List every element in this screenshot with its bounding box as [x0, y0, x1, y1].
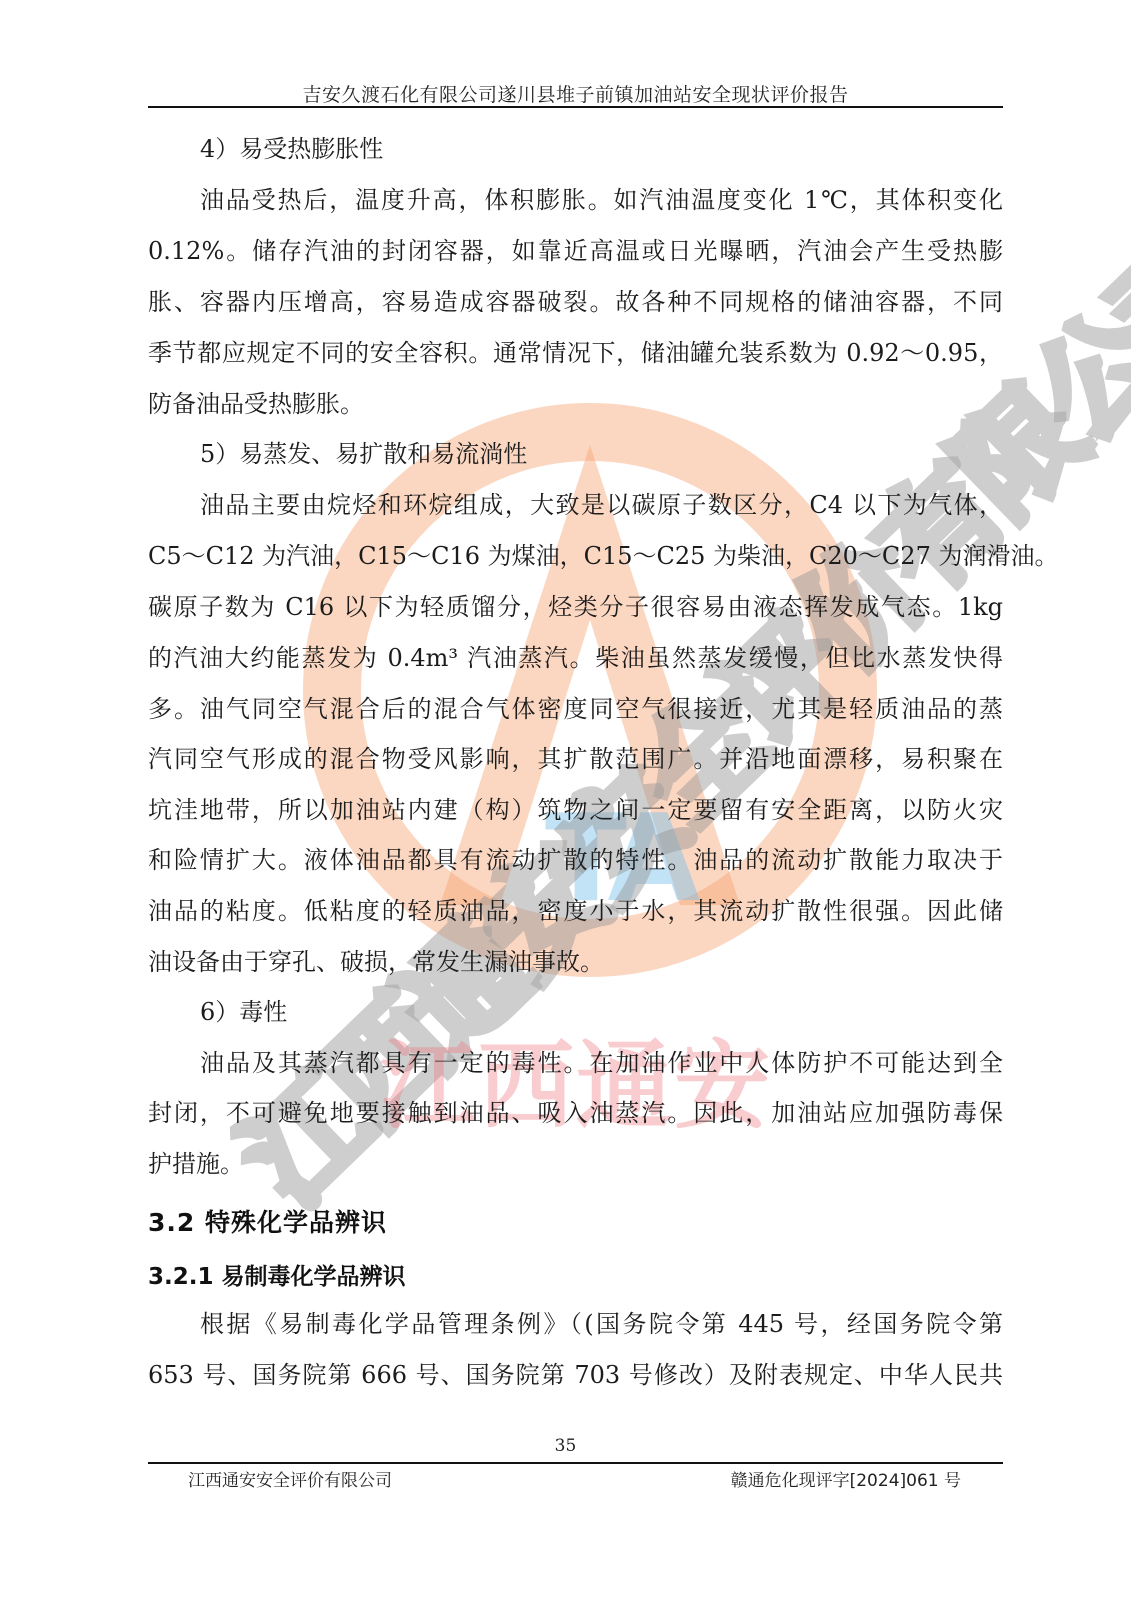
- subheading-item-6: 6）毒性: [200, 997, 287, 1027]
- paragraph-line: 653 号、国务院第 666 号、国务院第 703 号修改）及附表规定、中华人民…: [148, 1360, 1003, 1390]
- section-heading-3-2: 3.2 特殊化学品辨识: [148, 1203, 387, 1239]
- paragraph-line: 的汽油大约能蒸发为 0.4m³ 汽油蒸汽。柴油虽然蒸发缓慢，但比水蒸发快得: [148, 643, 1003, 673]
- subheading-item-4: 4）易受热膨胀性: [200, 134, 383, 164]
- paragraph-line: 胀、容器内压增高，容易造成容器破裂。故各种不同规格的储油容器，不同: [148, 287, 1003, 317]
- paragraph-line: 油品的粘度。低粘度的轻质油品，密度小于水，其流动扩散性很强。因此储: [148, 896, 1003, 926]
- paragraph-line: 碳原子数为 C16 以下为轻质馏分，烃类分子很容易由液态挥发成气态。1kg: [148, 592, 1003, 622]
- paragraph-line: 汽同空气形成的混合物受风影响，其扩散范围广。并沿地面漂移，易积聚在: [148, 744, 1003, 774]
- paragraph-line: 0.12%。储存汽油的封闭容器，如靠近高温或日光曝晒，汽油会产生受热膨: [148, 236, 1003, 266]
- document-page: TA 江西通安安全评价有限公司 江西通安 吉安久渡石化有限公司遂川县堆子前镇加油…: [0, 0, 1131, 1600]
- paragraph-line: 油设备由于穿孔、破损，常发生漏油事故。: [148, 947, 1003, 977]
- page-number: 35: [0, 1436, 1131, 1456]
- paragraph-line: 季节都应规定不同的安全容积。通常情况下，储油罐允装系数为 0.92～0.95，: [148, 338, 1003, 368]
- paragraph-line: 护措施。: [148, 1149, 1003, 1179]
- paragraph-line: 多。油气同空气混合后的混合气体密度同空气很接近，尤其是轻质油品的蒸: [148, 694, 1003, 724]
- paragraph-line: 根据《易制毒化学品管理条例》（(国务院令第 445 号，经国务院令第: [200, 1309, 1003, 1339]
- footer-company: 江西通安安全评价有限公司: [188, 1466, 392, 1491]
- footer-doc-number: 赣通危化现评字[2024]061 号: [731, 1466, 961, 1491]
- paragraph-line: 油品受热后，温度升高，体积膨胀。如汽油温度变化 1℃，其体积变化: [200, 185, 1003, 215]
- paragraph-line: 封闭，不可避免地要接触到油品、吸入油蒸汽。因此，加油站应加强防毒保: [148, 1098, 1003, 1128]
- paragraph-line: 油品主要由烷烃和环烷组成，大致是以碳原子数区分，C4 以下为气体，: [200, 490, 1003, 520]
- paragraph-line: 和险情扩大。液体油品都具有流动扩散的特性。油品的流动扩散能力取决于: [148, 845, 1003, 875]
- footer-divider: [148, 1462, 1003, 1464]
- section-heading-3-2-1: 3.2.1 易制毒化学品辨识: [148, 1258, 406, 1291]
- header-divider: [148, 106, 1003, 108]
- subheading-item-5: 5）易蒸发、易扩散和易流淌性: [200, 439, 527, 469]
- paragraph-line: 坑洼地带，所以加油站内建（构）筑物之间一定要留有安全距离，以防火灾: [148, 795, 1003, 825]
- paragraph-line: 油品及其蒸汽都具有一定的毒性。在加油作业中人体防护不可能达到全: [200, 1048, 1003, 1078]
- page-header-title: 吉安久渡石化有限公司遂川县堆子前镇加油站安全现状评价报告: [148, 80, 1003, 107]
- paragraph-line: 防备油品受热膨胀。: [148, 389, 1003, 419]
- paragraph-line: C5～C12 为汽油，C15～C16 为煤油，C15～C25 为柴油，C20～C…: [148, 541, 1003, 571]
